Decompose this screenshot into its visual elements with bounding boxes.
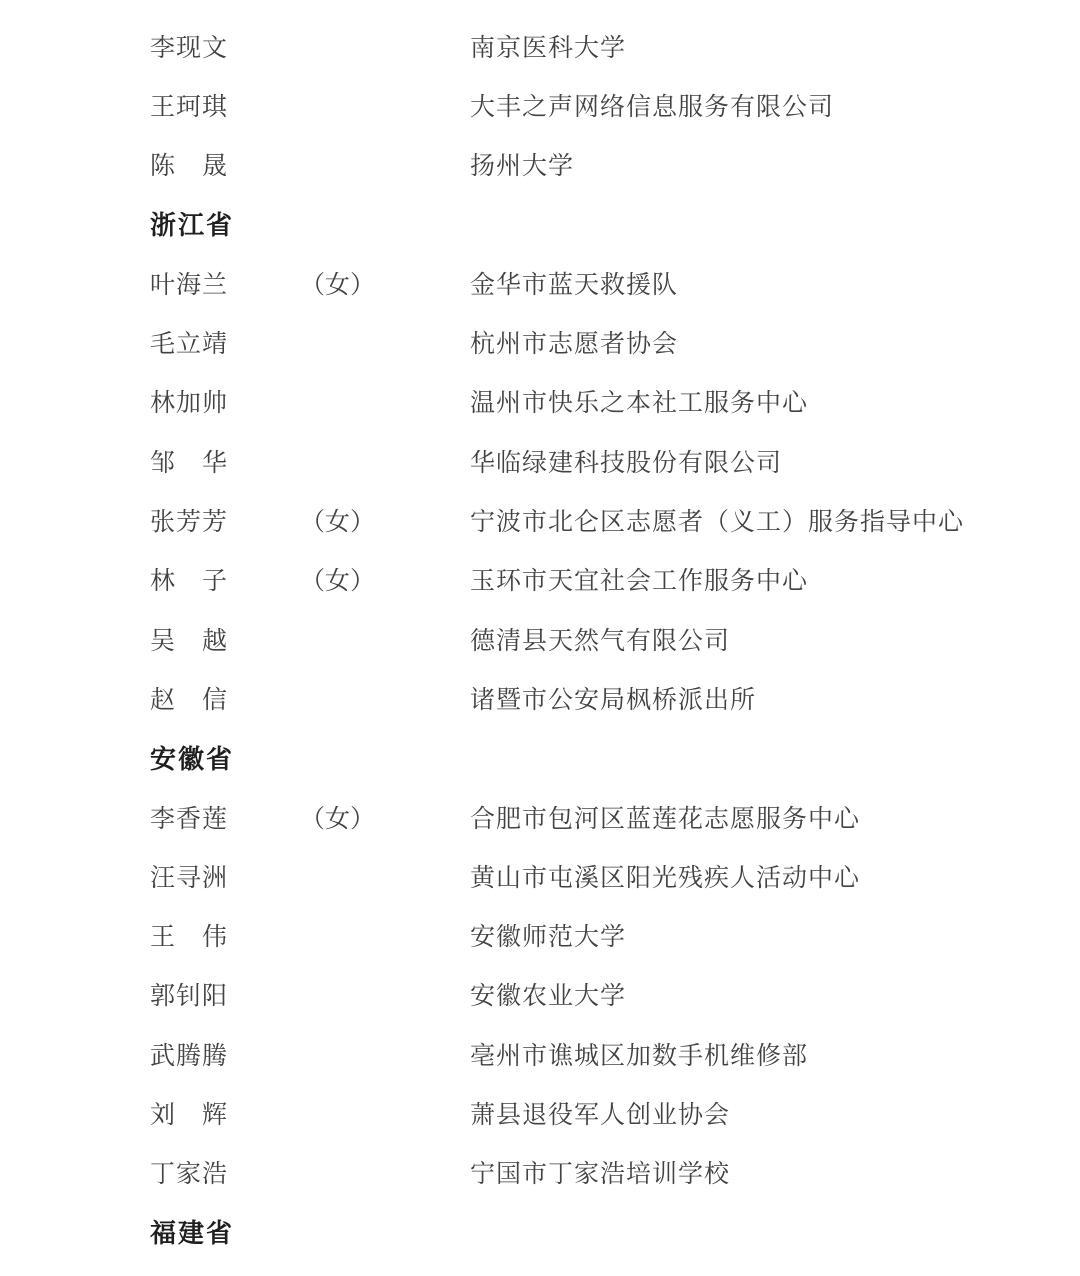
person-name: 赵 信: [150, 680, 300, 716]
person-name: 毛立靖: [150, 324, 300, 360]
person-name: 叶海兰: [150, 265, 300, 301]
organization-name: 宁国市丁家浩培训学校: [470, 1154, 1040, 1190]
province-name: 福建省: [150, 1213, 234, 1250]
roster-row: 毛立靖 杭州市志愿者协会: [150, 312, 1040, 371]
organization-name: 萧县退役军人创业协会: [470, 1095, 1040, 1131]
organization-name: 南京医科大学: [470, 28, 1040, 64]
organization-name: 安徽农业大学: [470, 976, 1040, 1012]
person-name: 李现文: [150, 28, 300, 64]
organization-name: 宁波市北仑区志愿者（义工）服务指导中心: [470, 502, 1040, 538]
person-name: 丁家浩: [150, 1154, 300, 1190]
roster-row: 李现文 南京医科大学: [150, 16, 1040, 75]
roster-row: 叶海兰 （女） 金华市蓝天救援队: [150, 253, 1040, 312]
person-name: 张芳芳: [150, 502, 300, 538]
organization-name: 大丰之声网络信息服务有限公司: [470, 87, 1040, 123]
organization-name: 温州市快乐之本社工服务中心: [470, 383, 1040, 419]
person-name: 刘 辉: [150, 1095, 300, 1131]
organization-name: 华临绿建科技股份有限公司: [470, 443, 1040, 479]
province-section-header: 浙江省: [150, 194, 1040, 253]
roster-document-page: 李现文 南京医科大学 王珂琪 大丰之声网络信息服务有限公司 陈 晟 扬州大学 浙…: [0, 0, 1080, 1261]
roster-row: 王珂琪 大丰之声网络信息服务有限公司: [150, 75, 1040, 134]
roster-row: 丁家浩 宁国市丁家浩培训学校: [150, 1143, 1040, 1202]
roster-row: 张芳芳 （女） 宁波市北仑区志愿者（义工）服务指导中心: [150, 490, 1040, 549]
person-name: 王珂琪: [150, 87, 300, 123]
person-name: 汪寻洲: [150, 858, 300, 894]
province-name: 浙江省: [150, 205, 234, 242]
province-section-header: 福建省: [150, 1202, 1040, 1261]
organization-name: 合肥市包河区蓝莲花志愿服务中心: [470, 799, 1040, 835]
organization-name: 黄山市屯溪区阳光残疾人活动中心: [470, 858, 1040, 894]
person-name: 陈 晟: [150, 146, 300, 182]
gender-marker: （女）: [300, 502, 470, 538]
organization-name: 德清县天然气有限公司: [470, 621, 1040, 657]
province-name: 安徽省: [150, 739, 234, 776]
roster-row: 邹 华 华临绿建科技股份有限公司: [150, 431, 1040, 490]
gender-marker: （女）: [300, 561, 470, 597]
roster-row: 刘 辉 萧县退役军人创业协会: [150, 1083, 1040, 1142]
roster-row: 赵 信 诸暨市公安局枫桥派出所: [150, 668, 1040, 727]
person-name: 王 伟: [150, 917, 300, 953]
roster-row: 吴 越 德清县天然气有限公司: [150, 609, 1040, 668]
roster-row: 汪寻洲 黄山市屯溪区阳光残疾人活动中心: [150, 846, 1040, 905]
person-name: 吴 越: [150, 621, 300, 657]
organization-name: 金华市蓝天救援队: [470, 265, 1040, 301]
organization-name: 安徽师范大学: [470, 917, 1040, 953]
organization-name: 诸暨市公安局枫桥派出所: [470, 680, 1040, 716]
person-name: 邹 华: [150, 443, 300, 479]
roster-row: 郭钊阳 安徽农业大学: [150, 965, 1040, 1024]
roster-row: 林加帅 温州市快乐之本社工服务中心: [150, 372, 1040, 431]
roster-row: 林 子 （女） 玉环市天宜社会工作服务中心: [150, 550, 1040, 609]
person-name: 李香莲: [150, 799, 300, 835]
organization-name: 玉环市天宜社会工作服务中心: [470, 561, 1040, 597]
roster-row: 武腾腾 亳州市谯城区加数手机维修部: [150, 1024, 1040, 1083]
organization-name: 杭州市志愿者协会: [470, 324, 1040, 360]
person-name: 林 子: [150, 561, 300, 597]
person-name: 林加帅: [150, 383, 300, 419]
person-name: 武腾腾: [150, 1036, 300, 1072]
province-section-header: 安徽省: [150, 728, 1040, 787]
roster-row: 陈 晟 扬州大学: [150, 135, 1040, 194]
person-name: 郭钊阳: [150, 976, 300, 1012]
organization-name: 扬州大学: [470, 146, 1040, 182]
roster-row: 王 伟 安徽师范大学: [150, 905, 1040, 964]
gender-marker: （女）: [300, 265, 470, 301]
gender-marker: （女）: [300, 799, 470, 835]
roster-row: 李香莲 （女） 合肥市包河区蓝莲花志愿服务中心: [150, 787, 1040, 846]
organization-name: 亳州市谯城区加数手机维修部: [470, 1036, 1040, 1072]
